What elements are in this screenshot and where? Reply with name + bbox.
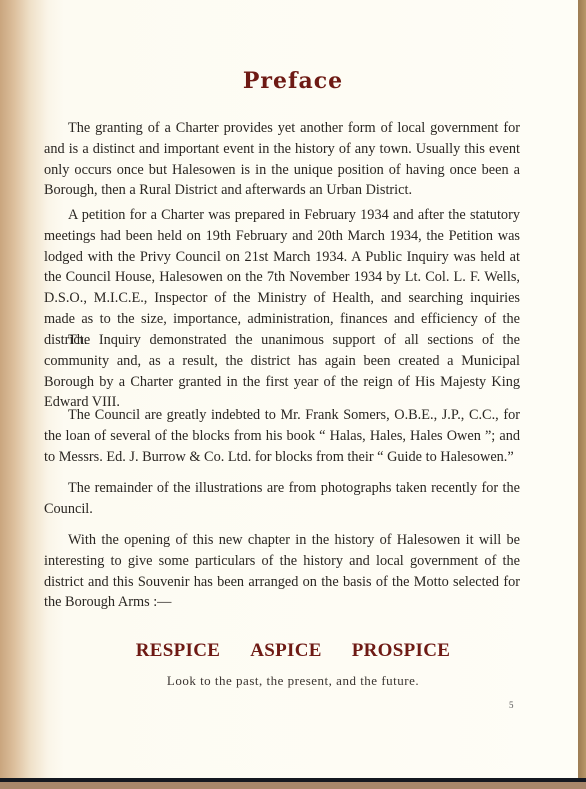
motto: RESPICE ASPICE PROSPICE [0,640,586,662]
paragraph-2: A petition for a Charter was prepared in… [44,205,520,351]
paragraph-5: The remainder of the illustrations are f… [44,478,520,520]
book-edge [578,0,586,789]
page-title: Preface [0,68,586,94]
table-surface [0,782,586,789]
motto-word-respice: RESPICE [136,640,220,662]
motto-word-aspice: ASPICE [250,640,321,662]
paragraph-6: With the opening of this new chapter in … [44,530,520,613]
paragraph-4: The Council are greatly indebted to Mr. … [44,405,520,467]
page-number: 5 [509,700,514,710]
paragraph-1: The granting of a Charter provides yet a… [44,118,520,201]
paragraph-3: The Inquiry demonstrated the unanimous s… [44,330,520,413]
motto-translation: Look to the past, the present, and the f… [0,673,586,689]
book-page: Preface The granting of a Charter provid… [0,0,580,778]
motto-word-prospice: PROSPICE [352,640,450,662]
